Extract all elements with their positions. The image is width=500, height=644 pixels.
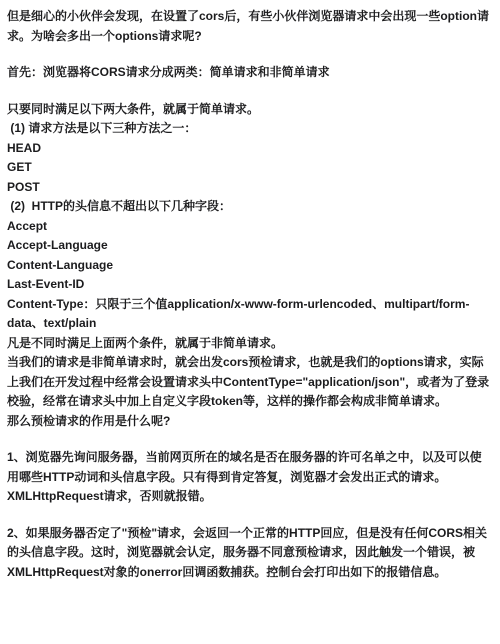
simple-request-intro: 只要同时满足以下两大条件，就属于简单请求。: [7, 100, 491, 120]
simple-request-rules-section: 只要同时满足以下两大条件，就属于简单请求。 (1) 请求方法是以下三种方法之一：…: [7, 100, 491, 432]
condition1-title: (1) 请求方法是以下三种方法之一：: [7, 119, 491, 139]
method-get: GET: [7, 158, 491, 178]
method-head: HEAD: [7, 139, 491, 159]
intro-paragraph: 但是细心的小伙伴会发现，在设置了cors后，有些小伙伴浏览器请求中会出现一些op…: [7, 7, 491, 46]
content-type-note: Content-Type：只限于三个值application/x-www-for…: [7, 295, 491, 334]
preflight-question: 那么预检请求的作用是什么呢?: [7, 412, 491, 432]
header-field-last-event-id: Last-Event-ID: [7, 275, 491, 295]
cors-classification-paragraph: 首先：浏览器将CORS请求分成两类：简单请求和非简单请求: [7, 63, 491, 83]
condition2-title: (2) HTTP的头信息不超出以下几种字段：: [7, 197, 491, 217]
header-field-content-language: Content-Language: [7, 256, 491, 276]
method-post: POST: [7, 178, 491, 198]
header-field-accept-language: Accept-Language: [7, 236, 491, 256]
non-simple-detail: 当我们的请求是非简单请求时，就会出发cors预检请求，也就是我们的options…: [7, 353, 491, 412]
article-content: 但是细心的小伙伴会发现，在设置了cors后，有些小伙伴浏览器请求中会出现一些op…: [0, 0, 500, 582]
header-field-accept: Accept: [7, 217, 491, 237]
preflight-point-2: 2、如果服务器否定了"预检"请求，会返回一个正常的HTTP回应，但是没有任何CO…: [7, 524, 491, 583]
non-simple-note: 凡是不同时满足上面两个条件，就属于非简单请求。: [7, 334, 491, 354]
preflight-point-1: 1、浏览器先询问服务器，当前网页所在的域名是否在服务器的许可名单之中，以及可以使…: [7, 448, 491, 507]
